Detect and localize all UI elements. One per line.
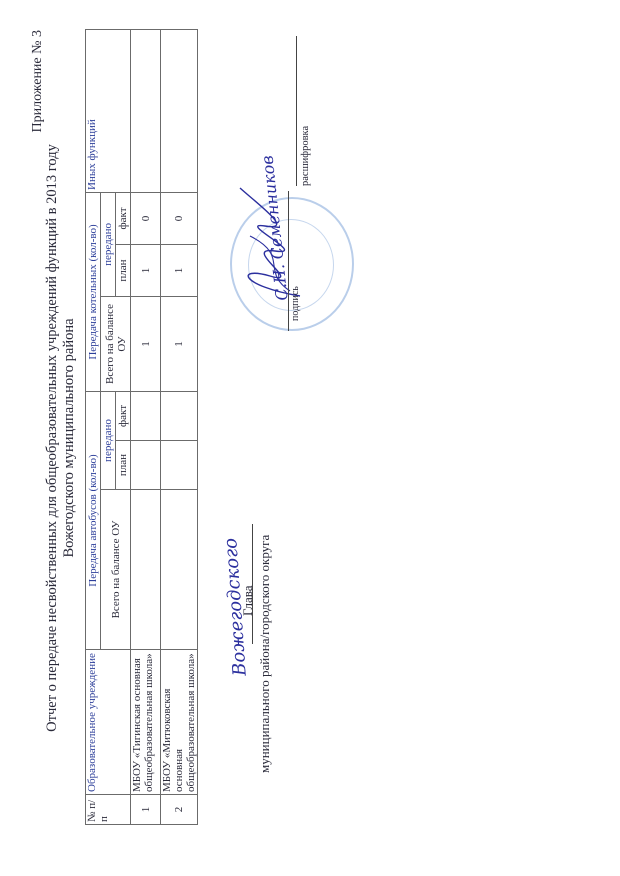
district-caption: муниципального района/городского округа	[257, 535, 273, 773]
report-subtitle: Вожегодского муниципального района	[61, 0, 78, 876]
header-institution: Образовательное учреждение	[86, 650, 131, 795]
row-buses-plan	[131, 441, 161, 490]
row-num: 1	[131, 795, 161, 825]
name-line	[296, 36, 297, 186]
header-boilers-transferred: передано	[101, 192, 116, 296]
row-boilers-total: 1	[131, 297, 161, 392]
row-buses-total	[131, 490, 161, 650]
name-caption: расшифровка	[300, 126, 311, 186]
signature-caption: подпись	[290, 286, 301, 321]
row-buses-total	[161, 490, 198, 650]
row-boilers-plan: 1	[131, 245, 161, 297]
row-institution: МБОУ «Тигинская основная общеобразовател…	[131, 650, 161, 795]
header-buses-total: Всего на балансе ОУ	[101, 490, 131, 650]
row-other	[161, 29, 198, 192]
header-boilers-fact: факт	[116, 192, 131, 244]
row-boilers-fact: 0	[131, 192, 161, 244]
header-other-functions: Иных функций	[86, 29, 131, 192]
row-buses-plan	[161, 441, 198, 490]
header-buses-plan: план	[116, 441, 131, 490]
row-boilers-plan: 1	[161, 245, 198, 297]
signature-line	[288, 191, 289, 331]
table-row: 1 МБОУ «Тигинская основная общеобразоват…	[131, 29, 161, 824]
rotated-document-page: Приложение № 3 Отчет о передаче несвойст…	[0, 0, 620, 876]
row-boilers-total: 1	[161, 297, 198, 392]
header-boilers-group: Передача котельных (кол-во)	[86, 192, 101, 391]
header-boilers-total: Всего на балансе ОУ	[101, 297, 131, 392]
row-institution: МБОУ «Митюковская основная общеобразоват…	[161, 650, 198, 795]
functions-transfer-table: № п/п Образовательное учреждение Передач…	[85, 29, 198, 825]
row-boilers-fact: 0	[161, 192, 198, 244]
row-other	[131, 29, 161, 192]
header-buses-fact: факт	[116, 392, 131, 441]
row-buses-fact	[131, 392, 161, 441]
header-num: № п/п	[86, 795, 131, 825]
report-title: Отчет о передаче несвойственных для обще…	[44, 0, 61, 876]
table-row: 2 МБОУ «Митюковская основная общеобразов…	[161, 29, 198, 824]
header-boilers-plan: план	[116, 245, 131, 297]
row-buses-fact	[161, 392, 198, 441]
row-num: 2	[161, 795, 198, 825]
header-buses-group: Передача автобусов (кол-во)	[86, 392, 101, 650]
district-line	[252, 524, 253, 644]
header-buses-transferred: передано	[101, 392, 116, 490]
